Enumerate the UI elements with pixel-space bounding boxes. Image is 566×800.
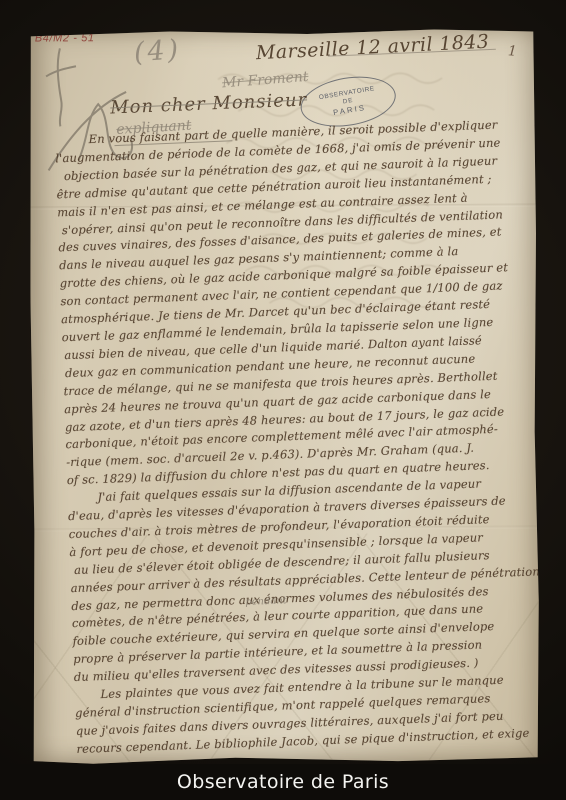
photo-background: B4/M2 - 51 (4) Marseille 12 avril 1843 1… — [0, 0, 566, 800]
stamp-line-3: PARIS — [332, 102, 366, 116]
salutation: Mon cher Monsieur — [110, 89, 308, 118]
page-number: 1 — [507, 43, 517, 60]
dateline: Marseille 12 avril 1843 — [255, 31, 489, 65]
folio-number: (4) — [133, 34, 182, 68]
photo-caption: Observatoire de Paris — [177, 771, 389, 793]
letter-body: En vous faisant part de quelle manière, … — [54, 115, 540, 759]
photo-caption-bar: Observatoire de Paris — [0, 764, 566, 800]
letter-paper: B4/M2 - 51 (4) Marseille 12 avril 1843 1… — [28, 27, 540, 765]
archive-cote: B4/M2 - 51 — [35, 32, 95, 44]
recipient-pencil-note: Mr Froment — [222, 69, 309, 92]
pencil-insert: pendant — [245, 595, 287, 608]
